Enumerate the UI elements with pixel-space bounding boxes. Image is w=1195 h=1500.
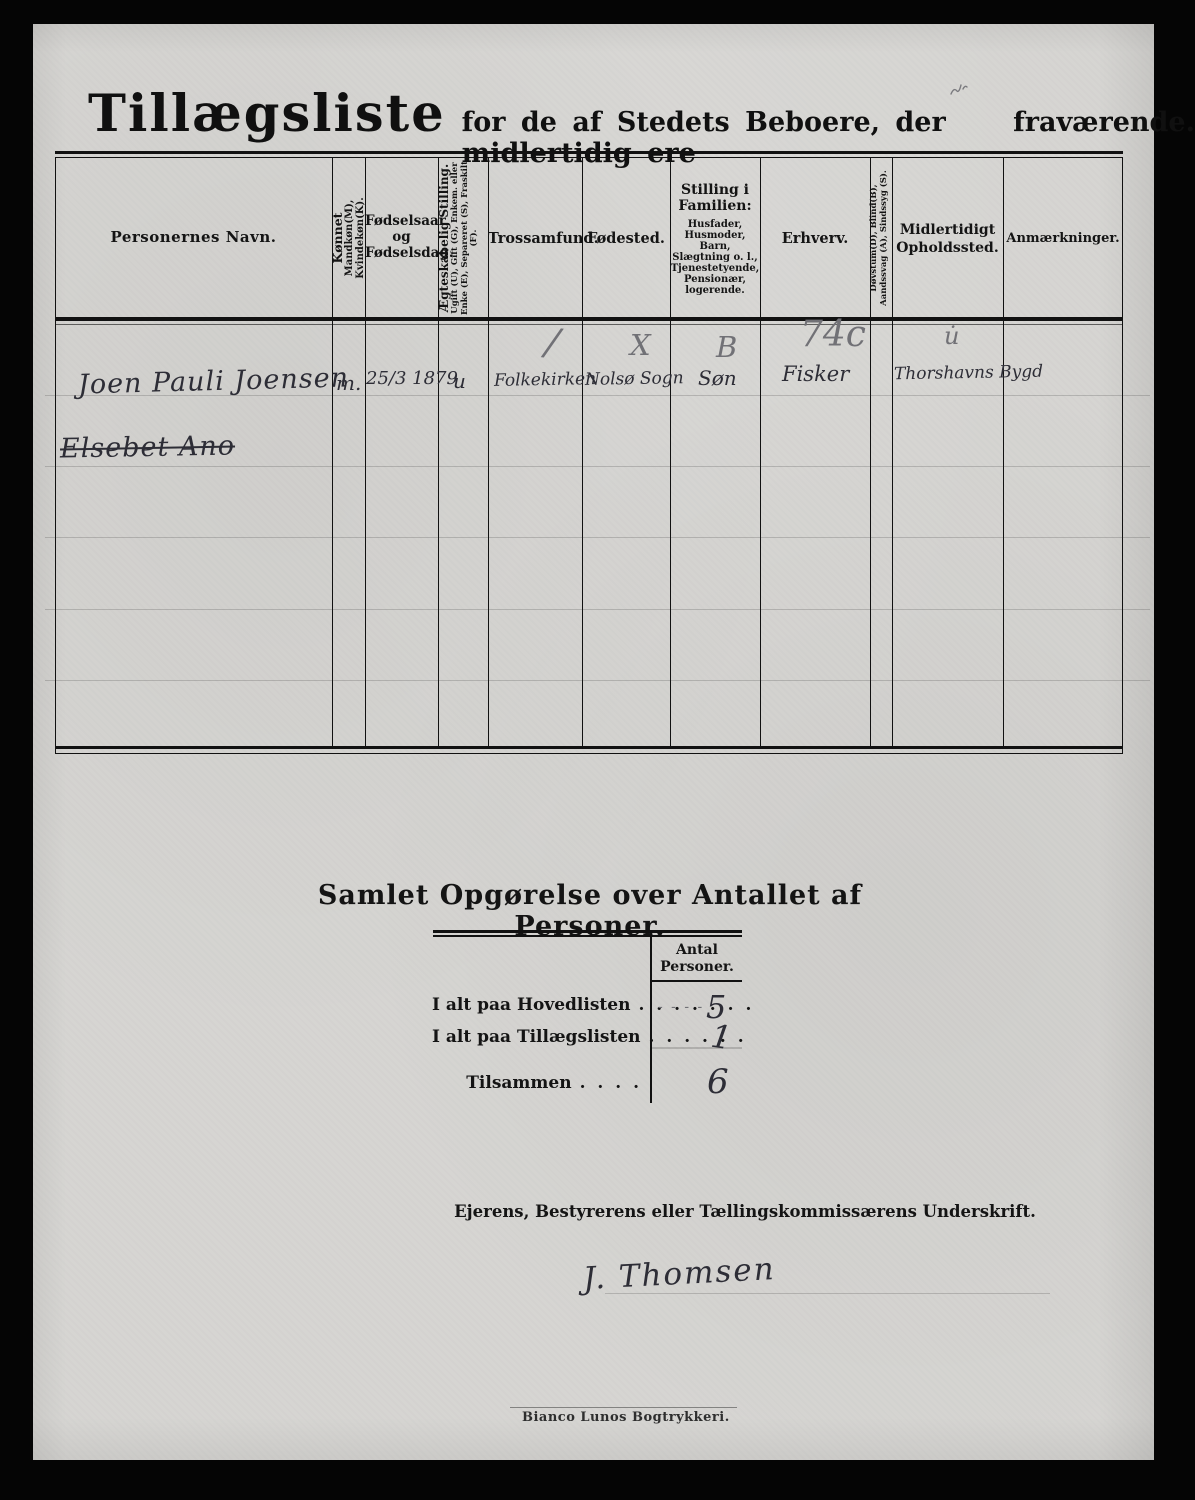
col-header-occupation: Erhverv.: [760, 230, 870, 247]
entry-residence: Thorshavns Bygd: [894, 362, 1043, 385]
col-header-birth: Fødselsaar og Fødselsdag.: [365, 213, 438, 261]
entry-occupation: Fisker: [782, 362, 849, 386]
summary-row-label: I alt paa Hovedlisten: [432, 995, 630, 1015]
summary-row-label: Tilsammen: [466, 1073, 571, 1093]
pencil-mark-birthplace: X: [630, 328, 651, 362]
signature-caption: Ejerens, Bestyrerens eller Tællingskommi…: [445, 1202, 1045, 1221]
col-header-family-line1: Stilling i: [670, 182, 760, 198]
table-border-left: [55, 157, 56, 753]
summary-col-header-line2: Personer.: [652, 959, 742, 976]
col-header-sex-line2: Mandkøn(M), Kvindekøn(K).: [344, 159, 366, 317]
col-header-remarks: Anmærkninger.: [1003, 231, 1123, 246]
col-header-residence-line2: Opholdssted.: [892, 239, 1003, 257]
col-header-sex-line1: Kønnet: [331, 159, 344, 317]
row-line: [45, 609, 1150, 610]
summary-row-dots: . . . .: [580, 1073, 642, 1093]
summary-value-tilsammen: 6: [707, 1062, 729, 1102]
entry-birthplace: Nolsø Sogn: [585, 368, 684, 390]
summary-col-header: Antal Personer.: [652, 942, 742, 976]
summary-heading: Samlet Opgørelse over Antallet af Person…: [290, 880, 890, 942]
scanned-census-page: Tillægsliste for de af Stedets Beboere, …: [0, 0, 1195, 1500]
summary-row-label: I alt paa Tillægslisten: [432, 1027, 641, 1047]
col-header-sex: Kønnet Mandkøn(M), Kvindekøn(K).: [331, 159, 365, 317]
entry-marital: u: [453, 369, 466, 393]
row-line: [45, 537, 1150, 538]
summary-header-rule: [652, 980, 742, 982]
printer-credit: Bianco Lunos Bogtrykkeri.: [522, 1410, 730, 1425]
title-rule-thin: [55, 157, 1123, 158]
table-bottom-thick: [55, 746, 1123, 749]
header-rule-thin: [55, 324, 1123, 325]
col-header-birth-line1: Fødselsaar: [365, 213, 438, 229]
col-header-birth-line3: Fødselsdag.: [365, 245, 438, 261]
summary-col-header-line1: Antal: [652, 942, 742, 959]
col-header-family-sub: Husfader, Husmoder, Barn, Slægtning o. l…: [670, 219, 760, 296]
title-rule-thick: [55, 151, 1123, 154]
col-header-religion: Trossamfund.: [488, 230, 582, 247]
col-header-birthplace: Fødested.: [582, 230, 670, 247]
col-header-residence-line1: Midlertidigt: [892, 221, 1003, 239]
entry-religion: Folkekirken: [494, 369, 596, 391]
col-header-family: Stilling i Familien: Husfader, Husmoder,…: [670, 182, 760, 296]
summary-row-tillaegslisten: I alt paa Tillægslisten . . . . . .: [432, 1027, 747, 1047]
entry-family: Søn: [698, 366, 737, 390]
page-title-main: Tillægsliste: [88, 84, 446, 144]
summary-row-tilsammen: Tilsammen . . . .: [432, 1073, 642, 1093]
header-rule-thick: [55, 317, 1123, 321]
summary-rule-top2: [433, 935, 742, 937]
col-header-marital-line2: Ugift (U), Gift (G), Enkem. eller Enke (…: [451, 160, 480, 316]
col-header-marital: Ægteskabelig Stilling. Ugift (U), Gift (…: [438, 160, 488, 316]
page-title-subtitle-bold: fraværende.: [1013, 107, 1195, 138]
col-header-residence: Midlertidigt Opholdssted.: [892, 221, 1003, 257]
page-title-subtitle: for de af Stedets Beboere, der midlertid…: [462, 107, 1005, 169]
col-header-name: Personernes Navn.: [55, 228, 332, 246]
row-line: [45, 680, 1150, 681]
entry-name-struck: Elsebet Ano: [60, 430, 236, 464]
summary-pencil-dashes: - - - -: [658, 999, 704, 1015]
summary-rule-top1: [433, 930, 742, 933]
pencil-mark-residence: u̇: [944, 322, 959, 350]
col-header-birth-line2: og: [365, 229, 438, 245]
pencil-mark-occupation: 74c: [800, 314, 866, 355]
col-line: [1003, 158, 1004, 748]
pencil-squiggle: [948, 80, 974, 98]
entry-birth: 25/3 1879: [366, 368, 458, 389]
col-header-family-line2: Familien:: [670, 198, 760, 214]
row-line: [45, 466, 1150, 467]
entry-sex: m.: [336, 371, 361, 395]
col-header-disability: Døvstum(D), Blind(B), Aandssvag (A), Sin…: [869, 160, 893, 316]
pencil-mark-family: B: [716, 330, 737, 364]
table-border-right: [1122, 157, 1123, 753]
signature-line: [605, 1293, 1050, 1294]
printer-rule: [510, 1407, 737, 1408]
table-bottom-thin: [55, 753, 1123, 754]
